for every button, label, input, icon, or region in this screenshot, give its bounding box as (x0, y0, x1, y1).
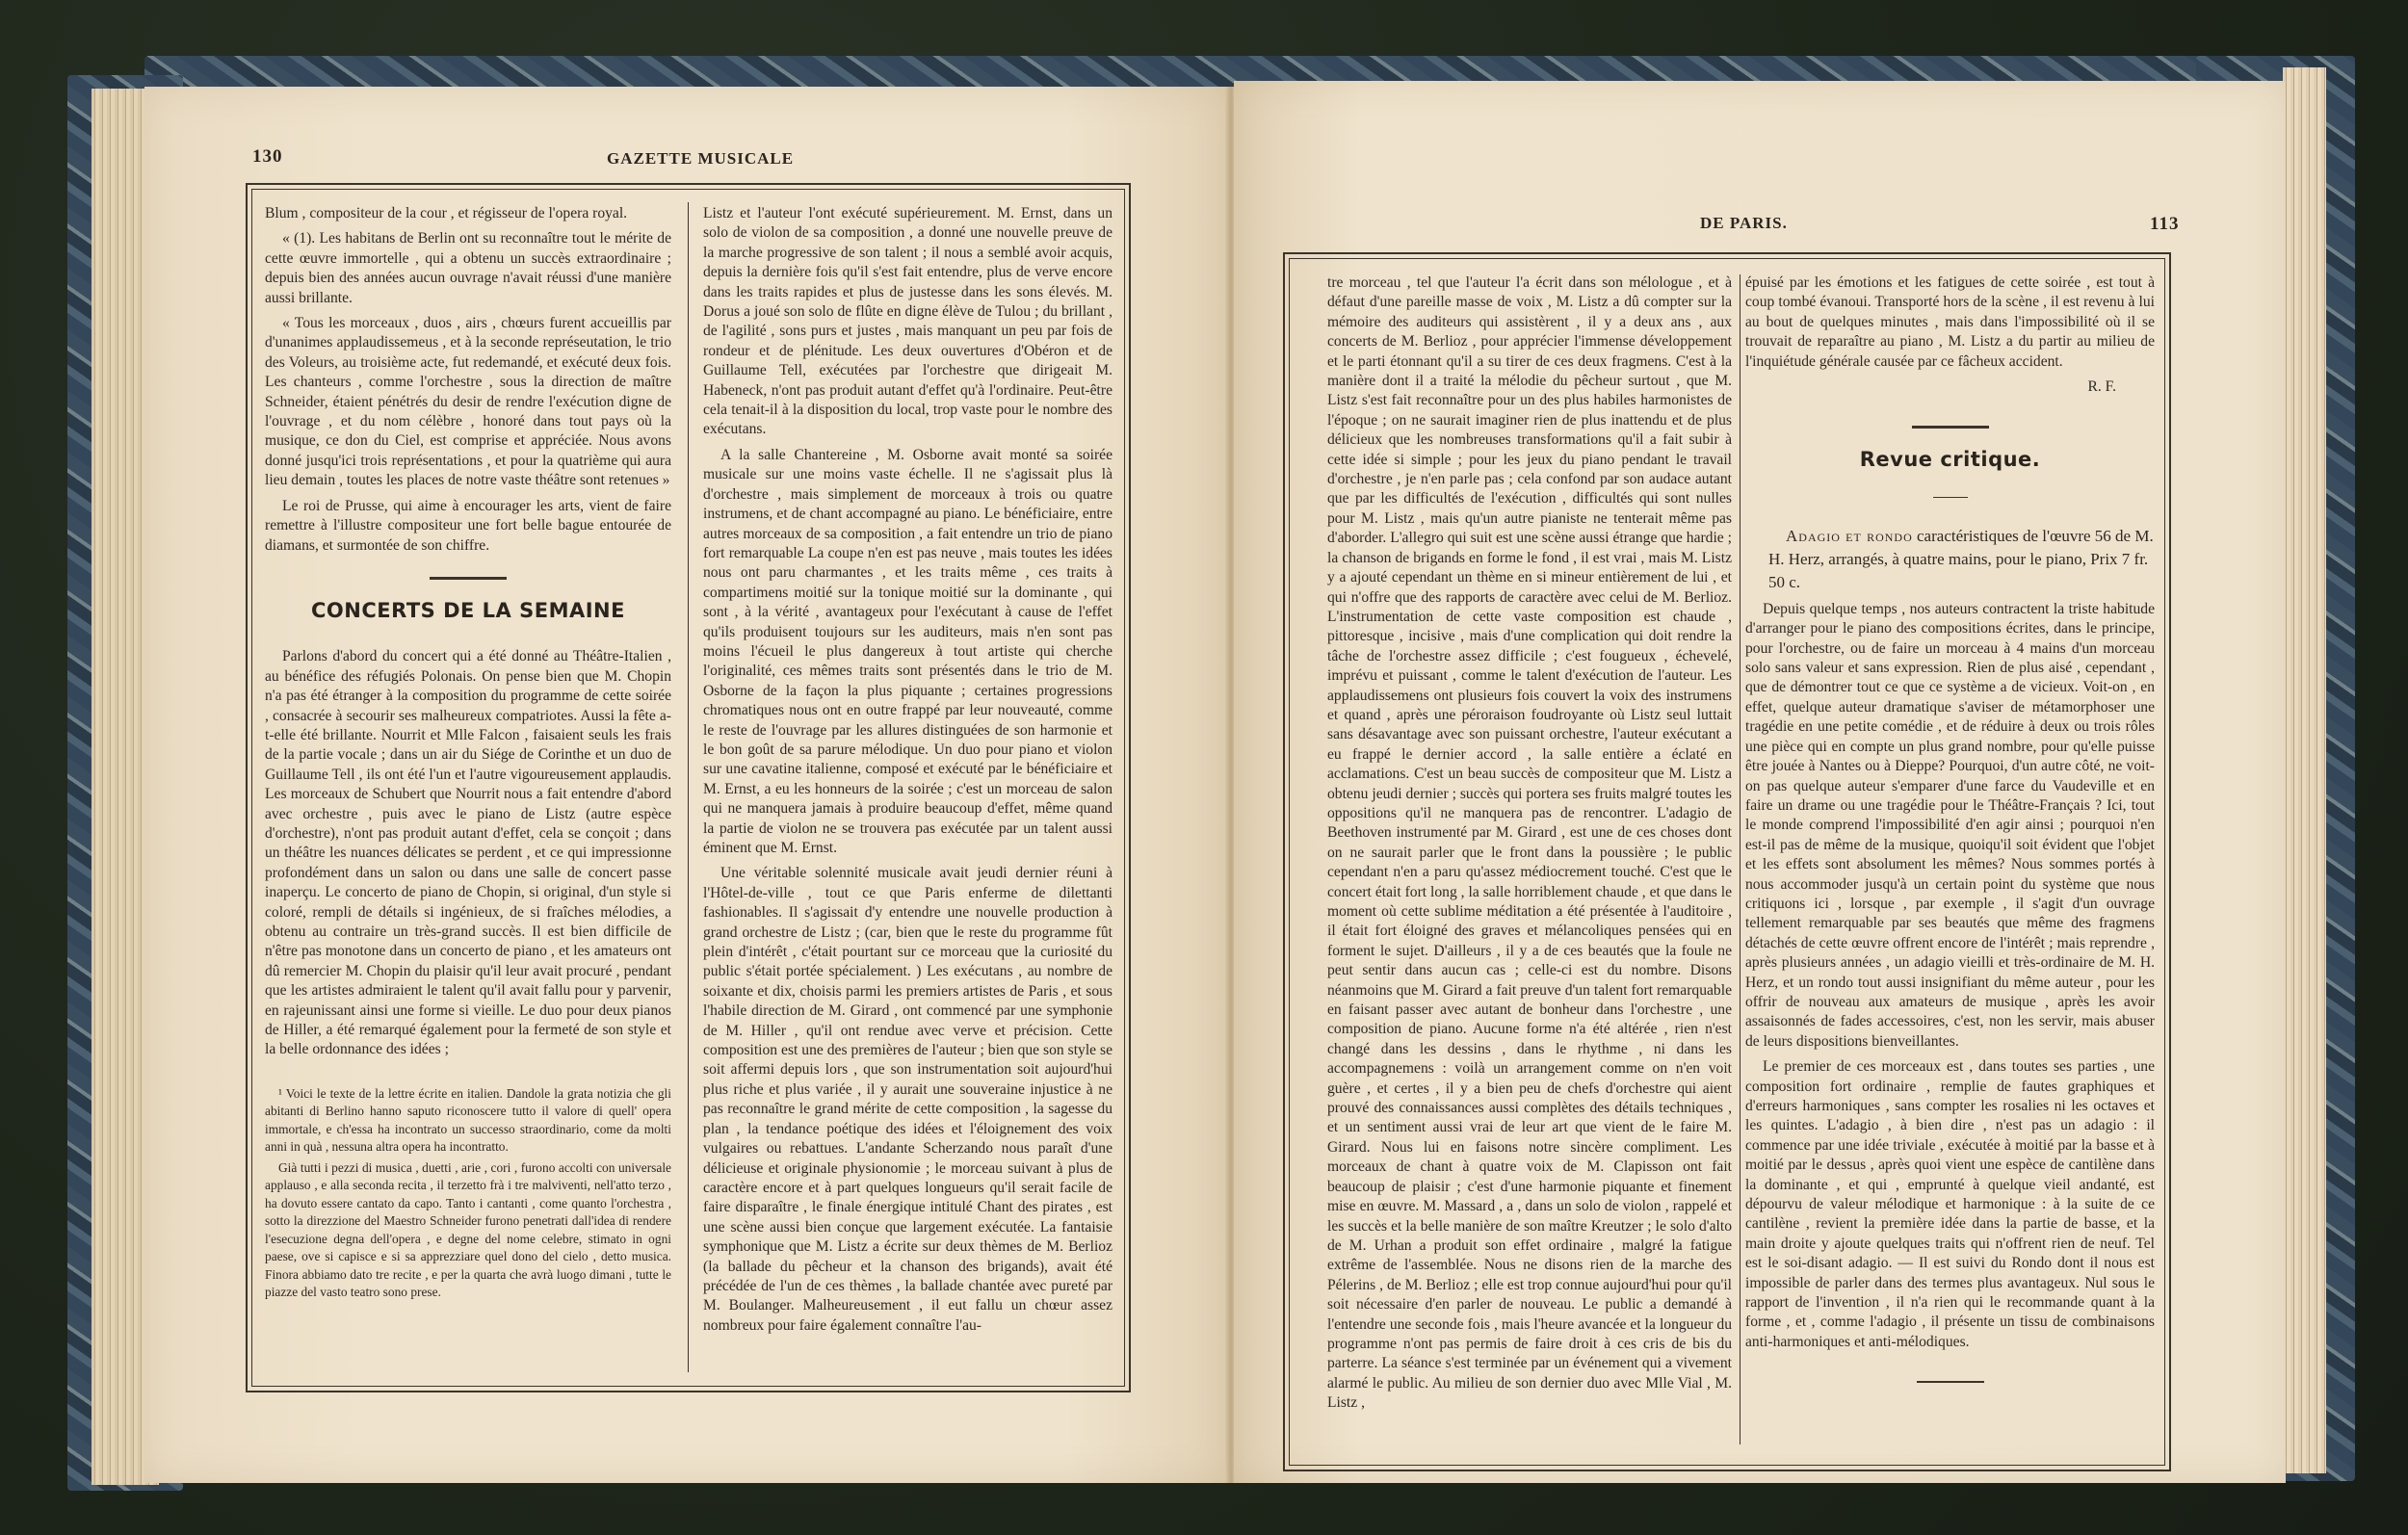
paragraph: Parlons d'abord du concert qui a été don… (265, 647, 671, 1060)
paragraph: « (1). Les habitans de Berlin ont su rec… (265, 229, 671, 308)
footnote-paragraph: Già tutti i pezzi di musica , duetti , a… (265, 1159, 671, 1302)
divider-small (1933, 497, 1968, 498)
divider-end (1917, 1381, 1984, 1383)
paragraph: Blum , compositeur de la cour , et régis… (265, 204, 671, 223)
footnote-paragraph: ¹ Voici le texte de la lettre écrite en … (265, 1085, 671, 1157)
paragraph: « Tous les morceaux , duos , airs , chœu… (265, 314, 671, 491)
review-entry-title: Adagio et rondo (1786, 527, 1913, 545)
paragraph: A la salle Chantereine , M. Osborne avai… (703, 446, 1112, 859)
column-rule-right (1740, 274, 1741, 1444)
paragraph: Le roi de Prusse, qui aime à encourager … (265, 497, 671, 556)
right-col1: tre morceau , tel que l'auteur l'a écrit… (1327, 273, 1732, 1419)
section-title-revue: Revue critique. (1745, 450, 2155, 469)
paragraph: Une véritable solennité musicale avait j… (703, 864, 1112, 1336)
running-head-left: GAZETTE MUSICALE (607, 149, 794, 169)
footnote: ¹ Voici le texte de la lettre écrite en … (265, 1085, 671, 1302)
running-head-right: DE PARIS. (1700, 214, 1788, 233)
divider (430, 577, 507, 580)
signature: R. F. (1745, 377, 2155, 397)
divider (1912, 426, 1989, 429)
paragraph: Depuis quelque temps , nos auteurs contr… (1745, 600, 2155, 1052)
section-title-concerts: CONCERTS DE LA SEMAINE (265, 601, 671, 620)
paragraph: Le premier de ces morceaux est , dans to… (1745, 1057, 2155, 1352)
paragraph: Listz et l'auteur l'ont exécuté supérieu… (703, 204, 1112, 440)
column-rule-left (688, 202, 689, 1372)
page-number-left: 130 (252, 146, 283, 168)
page-edges-right (2283, 67, 2326, 1473)
left-col2: Listz et l'auteur l'ont exécuté supérieu… (703, 204, 1112, 1341)
paragraph: tre morceau , tel que l'auteur l'a écrit… (1327, 273, 1732, 1414)
review-entry-heading: Adagio et rondo caractéristiques de l'œu… (1745, 525, 2155, 594)
paragraph: épuisé par les émotions et les fatigues … (1745, 273, 2155, 372)
right-col2: épuisé par les émotions et les fatigues … (1745, 273, 2155, 1404)
left-col1: Blum , compositeur de la cour , et régis… (265, 204, 671, 1305)
page-number-right: 113 (2150, 214, 2179, 235)
